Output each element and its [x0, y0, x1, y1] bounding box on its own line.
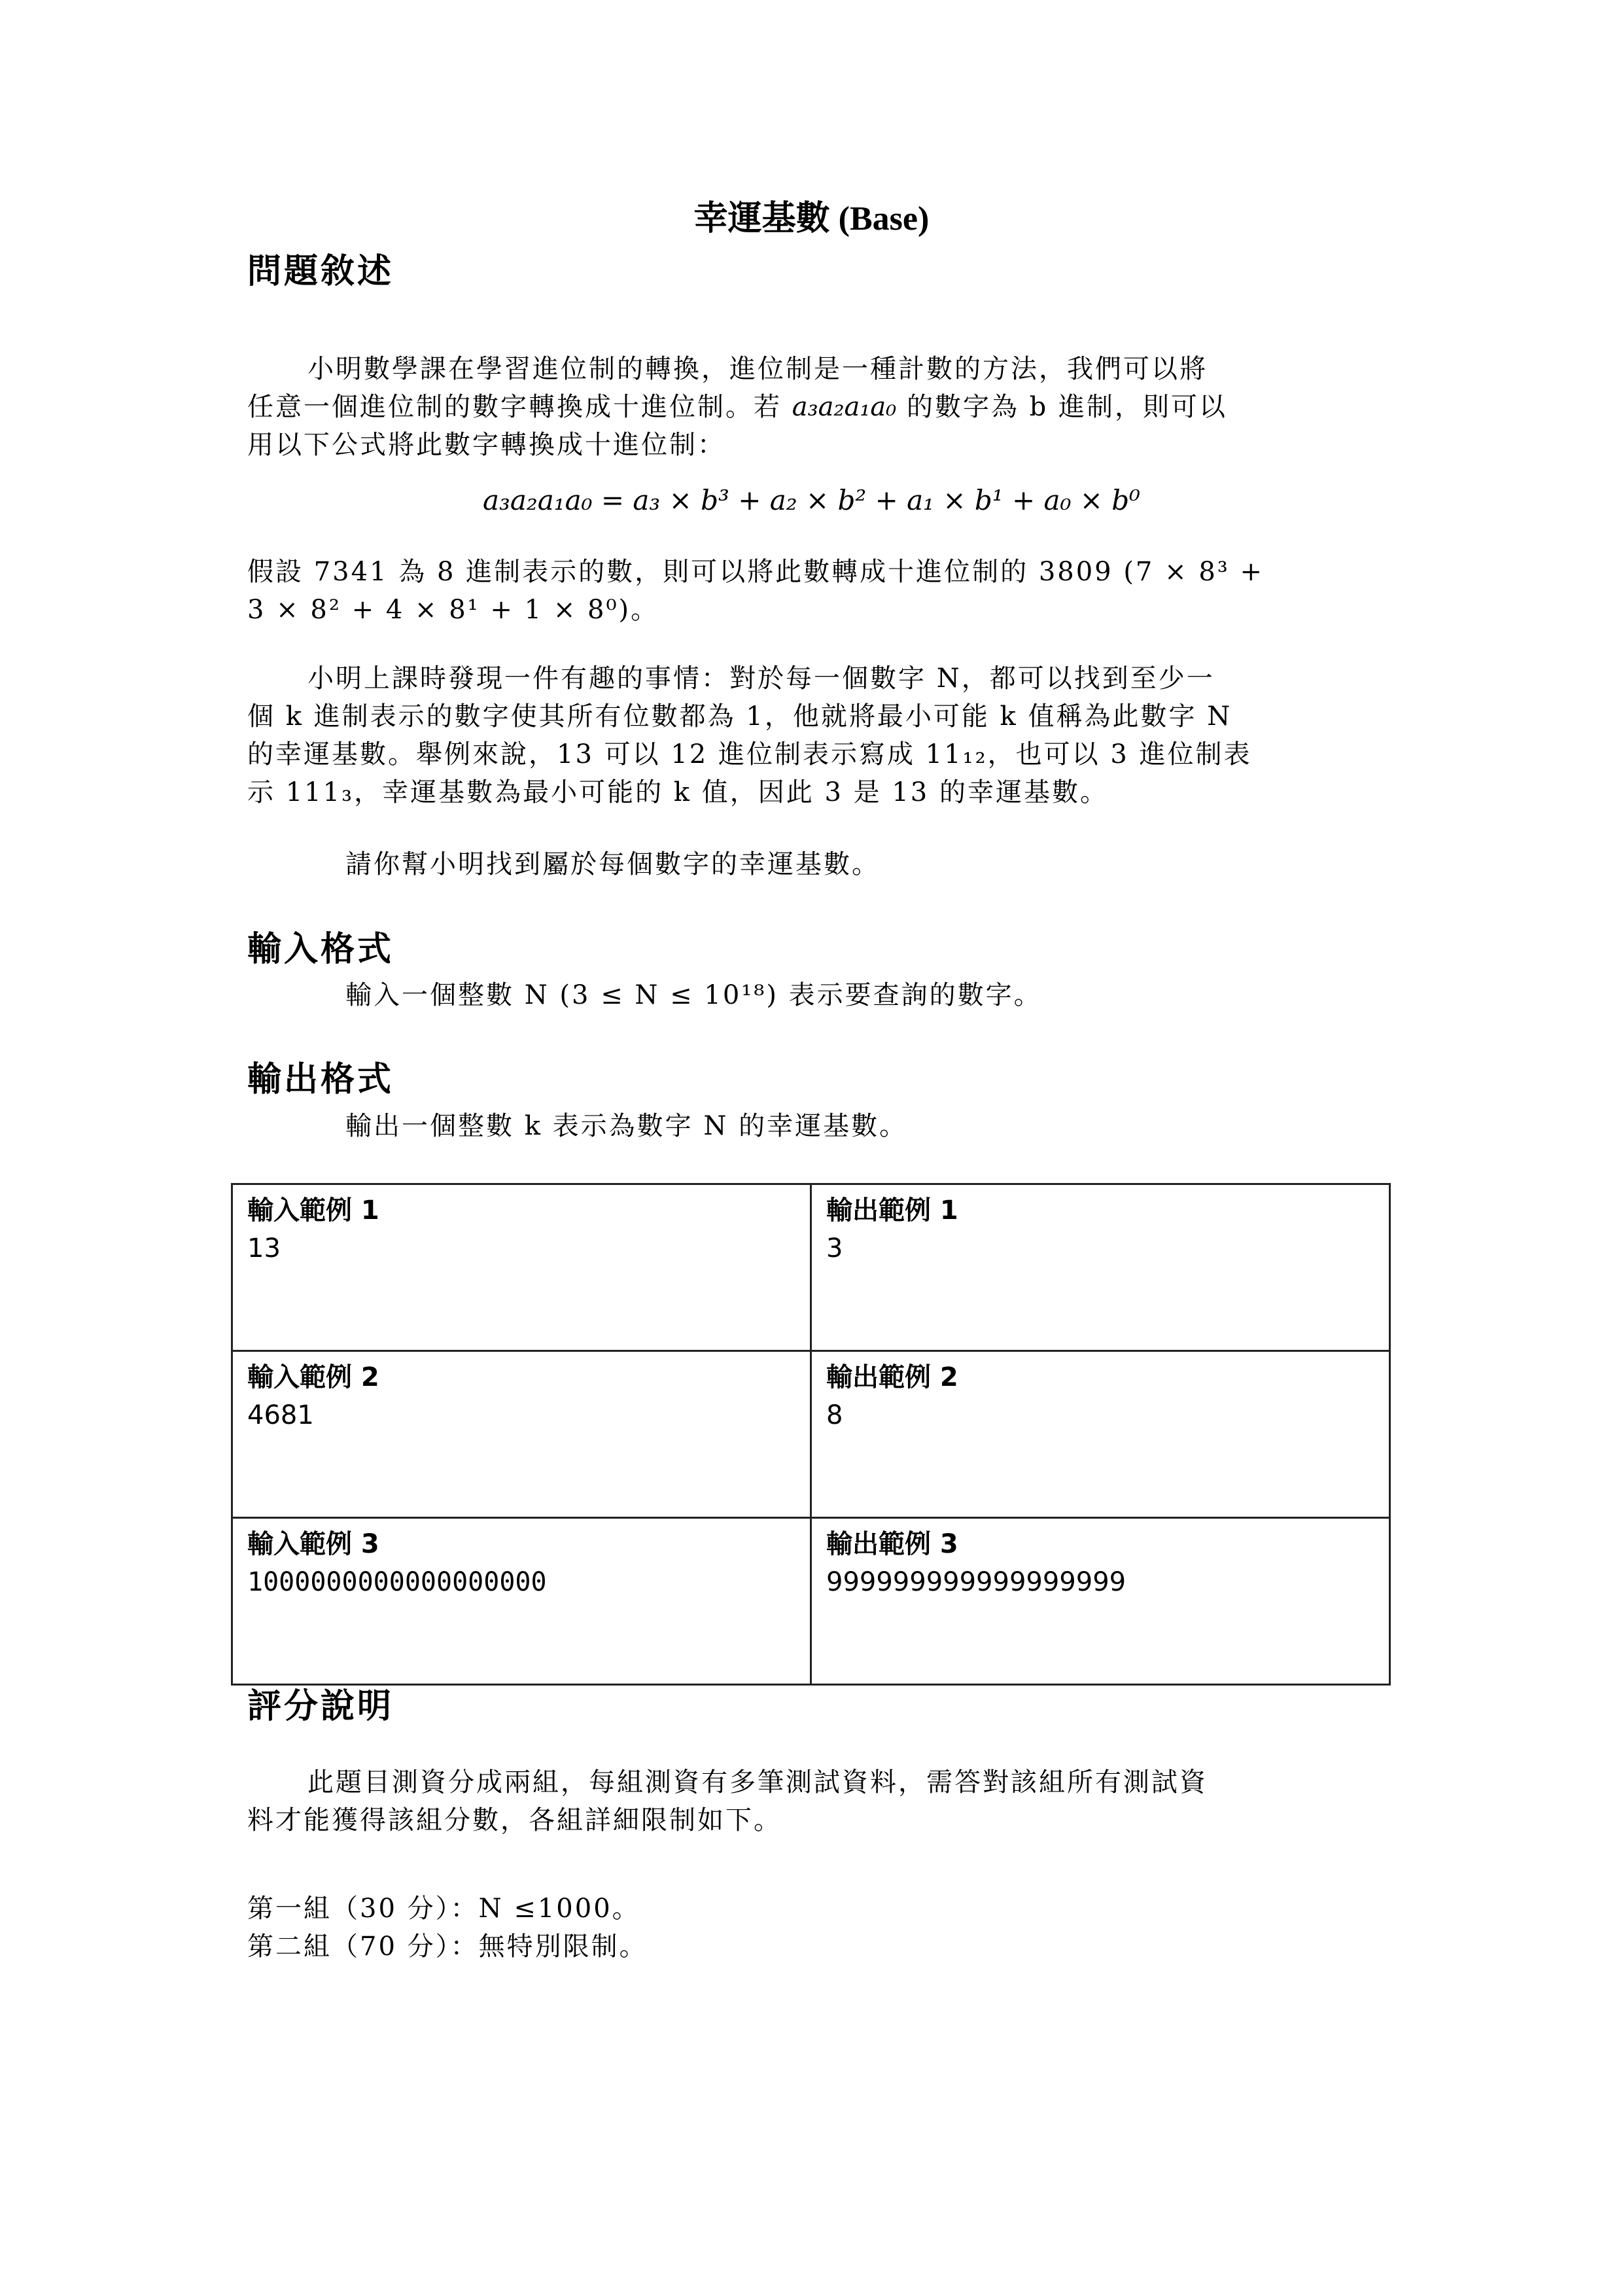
- input-format-text: 輸入一個整數 N (3 ≤ N ≤ 10¹⁸) 表示要查詢的數字。: [247, 976, 1389, 1014]
- scoring-groups: 第一組（30 分）：N ≤1000。 第二組（70 分）：無特別限制。: [247, 1890, 1389, 1966]
- problem-p4-line1: 請你幫小明找到屬於每個數字的幸運基數。: [247, 845, 1389, 883]
- output-format-text-block: 輸出一個整數 k 表示為數字 N 的幸運基數。: [247, 1107, 1389, 1145]
- sample-output-value: 3: [826, 1229, 1374, 1267]
- input-format-text-block: 輸入一個整數 N (3 ≤ N ≤ 10¹⁸) 表示要查詢的數字。: [247, 976, 1389, 1014]
- output-format-text: 輸出一個整數 k 表示為數字 N 的幸運基數。: [247, 1107, 1389, 1145]
- scoring-group-1: 第一組（30 分）：N ≤1000。: [247, 1890, 1389, 1928]
- problem-p3-line2: 個 k 進制表示的數字使其所有位數都為 1，他就將最小可能 k 值稱為此數字 N: [247, 698, 1389, 735]
- sample-input-cell: 輸入範例 3 1000000000000000000: [232, 1518, 811, 1685]
- scoring-p1-line2: 料才能獲得該組分數，各組詳細限制如下。: [247, 1801, 1389, 1839]
- sample-row: 輸入範例 3 1000000000000000000 輸出範例 3 999999…: [232, 1518, 1390, 1685]
- problem-p1-line2-text: 任意一個進位制的數字轉換成十進位制。若: [247, 392, 792, 422]
- problem-p1-line2: 任意一個進位制的數字轉換成十進位制。若 a₃a₂a₁a₀ 的數字為 b 進制，則…: [247, 388, 1389, 426]
- heading-scoring: 評分說明: [247, 1685, 394, 1728]
- sample-row: 輸入範例 2 4681 輸出範例 2 8: [232, 1351, 1390, 1518]
- sample-output-cell: 輸出範例 1 3: [811, 1184, 1390, 1351]
- sample-input-label: 輸入範例 3: [247, 1525, 795, 1563]
- sample-output-cell: 輸出範例 3 999999999999999999: [811, 1518, 1390, 1685]
- problem-paragraph-2: 假設 7341 為 8 進制表示的數，則可以將此數轉成十進位制的 3809 (7…: [247, 553, 1389, 629]
- problem-p2-line1: 假設 7341 為 8 進制表示的數，則可以將此數轉成十進位制的 3809 (7…: [247, 553, 1389, 591]
- problem-p1-line1: 小明數學課在學習進位制的轉換，進位制是一種計數的方法，我們可以將: [247, 350, 1389, 388]
- sample-output-cell: 輸出範例 2 8: [811, 1351, 1390, 1518]
- heading-problem-description: 問題敘述: [247, 250, 394, 293]
- base-conversion-formula: a₃a₂a₁a₀ = a₃ × b³ + a₂ × b² + a₁ × b¹ +…: [0, 481, 1623, 520]
- scoring-group-2: 第二組（70 分）：無特別限制。: [247, 1928, 1389, 1966]
- problem-p3-line4: 示 111₃，幸運基數為最小可能的 k 值，因此 3 是 13 的幸運基數。: [247, 773, 1389, 811]
- sample-input-cell: 輸入範例 2 4681: [232, 1351, 811, 1518]
- scoring-p1-line1: 此題目測資分成兩組，每組測資有多筆測試資料，需答對該組所有測試資: [247, 1763, 1389, 1801]
- sample-input-cell: 輸入範例 1 13: [232, 1184, 811, 1351]
- sample-input-label: 輸入範例 1: [247, 1192, 795, 1229]
- digit-variable-expression: a₃a₂a₁a₀: [792, 392, 897, 422]
- problem-paragraph-3: 小明上課時發現一件有趣的事情：對於每一個數字 N，都可以找到至少一 個 k 進制…: [247, 660, 1389, 811]
- heading-input-format: 輸入格式: [247, 928, 394, 971]
- sample-output-label: 輸出範例 1: [826, 1192, 1374, 1229]
- document-title: 幸運基數 (Base): [0, 196, 1623, 242]
- sample-output-value: 8: [826, 1396, 1374, 1434]
- problem-p3-line3: 的幸運基數。舉例來說，13 可以 12 進位制表示寫成 11₁₂，也可以 3 進…: [247, 735, 1389, 773]
- sample-output-label: 輸出範例 3: [826, 1525, 1374, 1563]
- problem-paragraph-4: 請你幫小明找到屬於每個數字的幸運基數。: [247, 845, 1389, 883]
- problem-p1-line2-tail: 的數字為 b 進制，則可以: [896, 392, 1227, 422]
- sample-input-label: 輸入範例 2: [247, 1358, 795, 1396]
- sample-input-value: 4681: [247, 1396, 795, 1434]
- sample-input-value: 13: [247, 1229, 795, 1267]
- problem-p3-line1: 小明上課時發現一件有趣的事情：對於每一個數字 N，都可以找到至少一: [247, 660, 1389, 698]
- sample-io-table: 輸入範例 1 13 輸出範例 1 3 輸入範例 2 4681 輸出範例 2 8: [231, 1183, 1391, 1686]
- document-page: 幸運基數 (Base) 問題敘述 小明數學課在學習進位制的轉換，進位制是一種計數…: [0, 0, 1623, 2296]
- problem-p1-line3: 用以下公式將此數字轉換成十進位制：: [247, 426, 1389, 464]
- sample-output-label: 輸出範例 2: [826, 1358, 1374, 1396]
- sample-output-value: 999999999999999999: [826, 1563, 1374, 1601]
- problem-paragraph-1: 小明數學課在學習進位制的轉換，進位制是一種計數的方法，我們可以將 任意一個進位制…: [247, 350, 1389, 464]
- heading-output-format: 輸出格式: [247, 1058, 394, 1101]
- problem-p2-line2: 3 × 8² + 4 × 8¹ + 1 × 8⁰)。: [247, 591, 1389, 629]
- sample-input-value: 1000000000000000000: [247, 1563, 795, 1601]
- sample-row: 輸入範例 1 13 輸出範例 1 3: [232, 1184, 1390, 1351]
- scoring-paragraph: 此題目測資分成兩組，每組測資有多筆測試資料，需答對該組所有測試資 料才能獲得該組…: [247, 1763, 1389, 1839]
